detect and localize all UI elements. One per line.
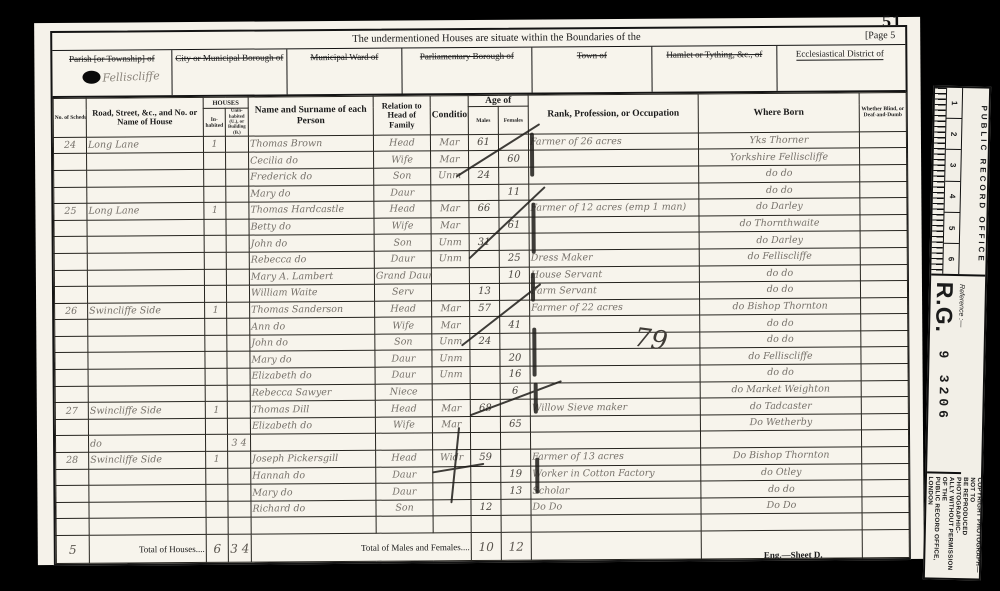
tally-scrawl: 79 [633,323,670,357]
schedule-cell [54,237,87,254]
name-cell [251,517,376,534]
infirm-cell [860,181,907,198]
occupation-cell: Do Do [531,498,701,516]
condition-cell [432,433,470,450]
inhabited-cell [205,319,227,336]
road-cell [87,219,204,236]
ruler-number: 5 [944,212,960,243]
male-cell [470,383,500,400]
occupation-cell [529,232,699,250]
female-cell: 20 [500,350,530,367]
name-cell: William Waite [249,284,374,301]
name-cell: John do [249,235,374,252]
schedule-cell [55,336,88,353]
born-cell: do Otley [701,463,862,481]
road-cell [88,335,205,352]
name-cell: Thomas Brown [248,135,373,152]
road-cell [87,169,204,186]
condition-cell [431,184,469,201]
location-field: Ecclesiastical District of [777,45,902,91]
infirm-cell [860,264,907,281]
table-header: No. of Schedule Road, Street, &c., and N… [53,93,906,138]
inhabited-cell [204,236,226,253]
occupation-cell [529,216,699,234]
relation-cell: Daur [374,251,431,268]
infirm-cell [861,347,908,364]
occupation-cell [531,514,701,532]
relation-cell: Head [375,301,432,318]
male-cell [470,350,500,367]
ruler-number: 6 [943,244,959,274]
occupation-cell: Farmer of 26 acres [528,133,698,151]
female-cell: 60 [499,151,529,168]
infirm-cell [862,513,909,530]
condition-cell: Unm [432,350,470,367]
col-relation: Relation to Head of Family [373,96,430,135]
occupation-cell: Farmer of 22 acres [530,299,700,317]
road-cell: Swincliffe Side [89,451,206,468]
inhabited-total: 6 [206,534,228,562]
uninhabited-cell [228,501,251,518]
condition-cell [433,499,471,516]
schedule-cell [56,519,89,536]
condition-cell: Mar [432,317,470,334]
condition-cell [433,466,471,483]
relation-cell: Grand Daur [374,267,431,284]
occupation-cell [529,183,699,201]
relation-cell: Son [376,500,433,517]
infirm-cell [860,164,907,181]
born-cell [701,513,862,531]
road-cell [87,269,204,286]
col-houses-group: HOUSES [203,97,248,109]
condition-cell: Unm [431,250,469,267]
schedule-cell: 27 [55,402,88,419]
uninhabited-cell [228,468,251,485]
female-cell: 6 [500,383,530,400]
schedule-cell [56,502,89,519]
uninhabited-cell [227,318,250,335]
occupation-cell [530,382,700,400]
inhabited-cell [204,252,226,269]
name-cell: Rebecca do [249,251,374,268]
male-cell [469,184,499,201]
condition-cell [432,383,470,400]
relation-cell: Daur [376,483,433,500]
condition-cell: Mar [431,201,469,218]
relation-cell: Son [374,234,431,251]
road-cell [88,368,205,385]
inhabited-cell [205,335,227,352]
name-cell: Mary A. Lambert [249,268,374,285]
schedule-total: 5 [56,535,89,563]
uninhabited-cell [227,335,250,352]
female-cell [500,333,530,350]
born-cell: do do [699,281,860,299]
location-field: Municipal Ward of [287,49,402,95]
schedule-cell: 28 [56,452,89,469]
male-cell: 13 [469,283,499,300]
inhabited-cell [206,518,228,535]
inhabited-cell: 1 [206,451,228,468]
occupation-cell [530,332,700,350]
females-total: 12 [501,532,531,560]
uninhabited-cell [228,484,251,501]
infirm-cell [861,364,908,381]
name-cell: Frederick do [249,168,374,185]
uninhabited-cell [226,186,249,203]
infirm-cell [862,463,909,480]
col-males: Males [468,107,498,135]
reference-number: R.G. 9 3206 [927,279,958,472]
road-cell [88,352,205,369]
infirm-cell [860,148,907,165]
schedule-cell: 24 [53,137,86,154]
col-females: Females [498,107,528,135]
condition-cell: Unm [431,168,469,185]
relation-cell: Head [374,201,431,218]
male-cell [469,267,499,284]
male-cell [470,366,500,383]
schedule-cell [54,187,87,204]
female-cell [500,399,530,416]
schedule-cell [54,286,87,303]
scanned-census-document: { "page_number": "51", "header": { "top_… [0,0,1000,591]
inhabited-cell [205,385,227,402]
road-cell [89,468,206,485]
uninhabited-cell [227,385,250,402]
schedule-cell [55,419,88,436]
male-cell: 61 [468,134,498,151]
census-page: 51 The undermentioned Houses are situate… [34,17,924,565]
relation-cell: Son [374,168,431,185]
name-cell: Elizabeth do [250,367,375,384]
schedule-cell [55,353,88,370]
infirm-cell [861,297,908,314]
occupation-cell: Farmer of 13 acres [531,448,701,466]
female-cell [500,433,530,450]
male-cell: 59 [471,449,501,466]
col-occupation: Rank, Profession, or Occupation [528,94,698,134]
parish-entry: Felliscliffe [102,70,160,85]
uninhabited-cell [227,418,250,435]
uninhabited-cell: 3 4 [227,435,250,452]
road-cell: Long Lane [86,136,203,153]
female-cell: 41 [500,316,530,333]
born-cell: Do Bishop Thornton [701,447,862,465]
male-cell [469,250,499,267]
uninhabited-cell [226,235,249,252]
born-cell: do Thornthwaite [699,215,860,233]
uninhabited-cell [225,136,248,153]
inhabited-cell [206,484,228,501]
location-field: Town of [532,47,652,93]
uninhabited-cell [226,252,249,269]
col-inhabited: In-habited [203,109,225,136]
male-cell: 12 [471,499,501,516]
condition-cell [431,267,469,284]
reference-piece: 3206 [935,374,951,422]
col-age-group: Age of [468,95,528,107]
occupation-cell [529,166,699,184]
name-cell: Richard do [251,500,376,517]
female-cell [499,283,529,300]
relation-cell: Daur [375,367,432,384]
road-cell [87,252,204,269]
name-cell: Mary do [251,483,376,500]
road-cell: Swincliffe Side [88,302,205,319]
uninhabited-cell [228,518,251,535]
female-cell [501,516,531,533]
born-cell: do do [701,480,862,498]
ruler-number: 2 [946,119,962,150]
relation-cell: Wife [375,317,432,334]
schedule-cell [54,154,87,171]
condition-cell: Mar [431,217,469,234]
inhabited-cell [204,169,226,186]
infirm-cell [861,397,908,414]
born-cell [700,430,861,448]
condition-cell: Unm [432,333,470,350]
relation-cell: Head [376,450,433,467]
schedule-cell [54,253,87,270]
female-cell [500,300,530,317]
occupation-cell [530,348,700,366]
schedule-cell: 26 [55,303,88,320]
born-cell: Yks Thorner [698,132,859,150]
infirm-cell [862,447,909,464]
female-cell: 19 [501,466,531,483]
born-cell: do Felliscliffe [700,347,861,365]
schedule-cell [56,485,89,502]
uninhabited-cell [227,368,250,385]
infirm-cell [862,496,909,513]
female-cell: 13 [501,482,531,499]
ruler-number: 4 [945,181,961,212]
occupation-cell [530,415,700,433]
male-cell: 57 [470,300,500,317]
condition-cell [431,284,469,301]
inhabited-cell: 1 [203,136,225,153]
born-cell: do do [699,181,860,199]
male-cell: 66 [469,200,499,217]
name-cell [250,434,375,451]
female-cell: 11 [499,184,529,201]
road-cell: do [89,435,206,452]
infirm-cell [861,413,908,430]
houses-total-label: Total of Houses.... [89,534,206,563]
name-cell: Thomas Hardcastle [249,201,374,218]
condition-cell: Unm [432,367,470,384]
uninhabited-cell [226,169,249,186]
schedule-cell [55,386,88,403]
uninhabited-cell [228,451,251,468]
road-cell [89,485,206,502]
female-cell [499,167,529,184]
uninhabited-cell [226,219,249,236]
born-cell: Yorkshire Felliscliffe [699,148,860,166]
name-cell: Thomas Dill [250,400,375,417]
road-cell: Long Lane [87,203,204,220]
infirm-cell [861,330,908,347]
schedule-cell [54,170,87,187]
male-cell [471,466,501,483]
name-cell: Elizabeth do [250,417,375,434]
location-field: City or Municipal Borough of [172,49,287,95]
condition-cell: Widr [433,450,471,467]
inhabited-cell [205,368,227,385]
female-cell [499,233,529,250]
inhabited-cell [206,468,228,485]
col-uninhabited: Unin-habited (U.), or Building (B.) [225,109,248,136]
born-cell: do Darley [699,231,860,249]
uninhabited-cell [226,285,249,302]
infirm-cell [861,380,908,397]
road-cell [87,186,204,203]
copyright-line: BE REPRODUCED PHOTOGRAPHIC- [953,477,969,577]
census-form: The undermentioned Houses are situate wi… [50,25,911,566]
occupation-cell: Worker in Cotton Factory [531,465,701,483]
condition-cell: Mar [430,134,468,151]
condition-cell: Unm [431,234,469,251]
female-cell [499,200,529,217]
uninhabited-cell [227,302,250,319]
female-cell: 10 [499,267,529,284]
infirm-cell [860,231,907,248]
persons-total-label: Total of Males and Females.... [251,533,471,563]
infirm-cell [861,430,908,447]
born-cell: do Darley [699,198,860,216]
born-cell: Do Wetherby [700,414,861,432]
occupation-cell: Farm Servant [529,282,699,300]
male-cell [470,317,500,334]
male-cell: 24 [469,167,499,184]
uninhabited-cell [227,352,250,369]
page-ref: [Page 5 [865,30,895,41]
pro-office-label: PUBLIC RECORD OFFICE [959,88,989,275]
road-cell [88,418,205,435]
infirm-cell [860,214,907,231]
male-cell [470,416,500,433]
sheet-note: Eng.—Sheet D. [764,550,823,560]
ruler-number: 3 [945,150,961,181]
infirm-cell [860,247,907,264]
female-cell: 65 [500,416,530,433]
born-cell: do do [700,331,861,349]
inhabited-cell: 1 [205,402,227,419]
inhabited-cell [204,219,226,236]
name-cell: Ann do [250,318,375,335]
occupation-cell [530,315,700,333]
born-cell: Do Do [701,497,862,515]
uninhabited-cell [227,401,250,418]
infirm-cell [862,480,909,497]
ruler-number: 1 [946,88,962,119]
road-cell [88,385,205,402]
reference-box: Reference :— R.G. 9 3206 [927,275,965,474]
female-cell [501,499,531,516]
inhabited-cell: 1 [205,302,227,319]
census-table: No. of Schedule Road, Street, &c., and N… [53,92,910,564]
relation-cell: Daur [374,184,431,201]
relation-cell: Niece [375,384,432,401]
name-cell: Thomas Sanderson [250,301,375,318]
occupation-cell [530,365,700,383]
col-infirm: Whether Blind, or Deaf-and-Dumb [859,93,906,132]
male-cell: 68 [470,400,500,417]
relation-cell: Wife [374,151,431,168]
name-cell: Betty do [249,218,374,235]
male-cell: 31 [469,234,499,251]
relation-cell: Daur [376,466,433,483]
born-cell: do do [700,314,861,332]
male-cell: 24 [470,333,500,350]
relation-cell: Head [375,400,432,417]
relation-cell: Daur [375,350,432,367]
reference-class: 9 [936,351,951,359]
born-cell: do do [700,364,861,382]
col-road: Road, Street, &c., and No. or Name of Ho… [86,97,203,137]
female-cell: 25 [499,250,529,267]
uninhabited-cell [226,202,249,219]
condition-cell [433,516,471,533]
inhabited-cell: 1 [204,202,226,219]
uninhabited-cell [226,269,249,286]
relation-cell: Wife [374,218,431,235]
road-cell [87,236,204,253]
male-cell [469,217,499,234]
female-cell [498,134,528,151]
pro-reference-strip: 123456 PUBLIC RECORD OFFICE Reference :—… [923,85,991,580]
road-cell: Swincliffe Side [88,402,205,419]
condition-cell [433,483,471,500]
condition-cell: Mar [432,400,470,417]
males-total: 10 [471,532,501,560]
condition-cell: Mar [432,300,470,317]
infirm-cell [861,314,908,331]
road-cell [87,286,204,303]
relation-cell [376,516,433,533]
copyright-line: ALLY WITHOUT PERMISSION OF THE [939,477,955,577]
inhabited-cell [205,418,227,435]
relation-cell: Wife [375,417,432,434]
col-name: Name and Surname of each Person [248,96,373,136]
road-cell [87,153,204,170]
name-cell: John do [250,334,375,351]
col-condition: Condition [430,96,468,135]
uninhabited-cell [226,152,249,169]
road-cell [89,518,206,535]
road-cell [89,501,206,518]
copyright-line: COPYRIGHT PHOTOGRAPH—NOT TO [967,477,983,577]
inhabited-cell [205,435,227,452]
name-cell: Joseph Pickersgill [251,450,376,467]
schedule-cell: 25 [54,203,87,220]
location-field: Parliamentary Borough of [402,48,532,94]
occupation-cell [529,149,699,167]
born-cell: do Bishop Thornton [700,298,861,316]
infirm-cell [860,281,907,298]
location-field: Hamlet or Tything, &c., of [652,46,777,92]
schedule-cell [54,270,87,287]
inhabited-cell [204,285,226,302]
infirm-cell [859,131,906,148]
born-cell: do do [699,264,860,282]
condition-cell: Mar [431,151,469,168]
schedule-cell [56,469,89,486]
schedule-cell [56,436,89,453]
copyright-notice: COPYRIGHT PHOTOGRAPH—NOT TOBE REPRODUCED… [925,473,985,577]
